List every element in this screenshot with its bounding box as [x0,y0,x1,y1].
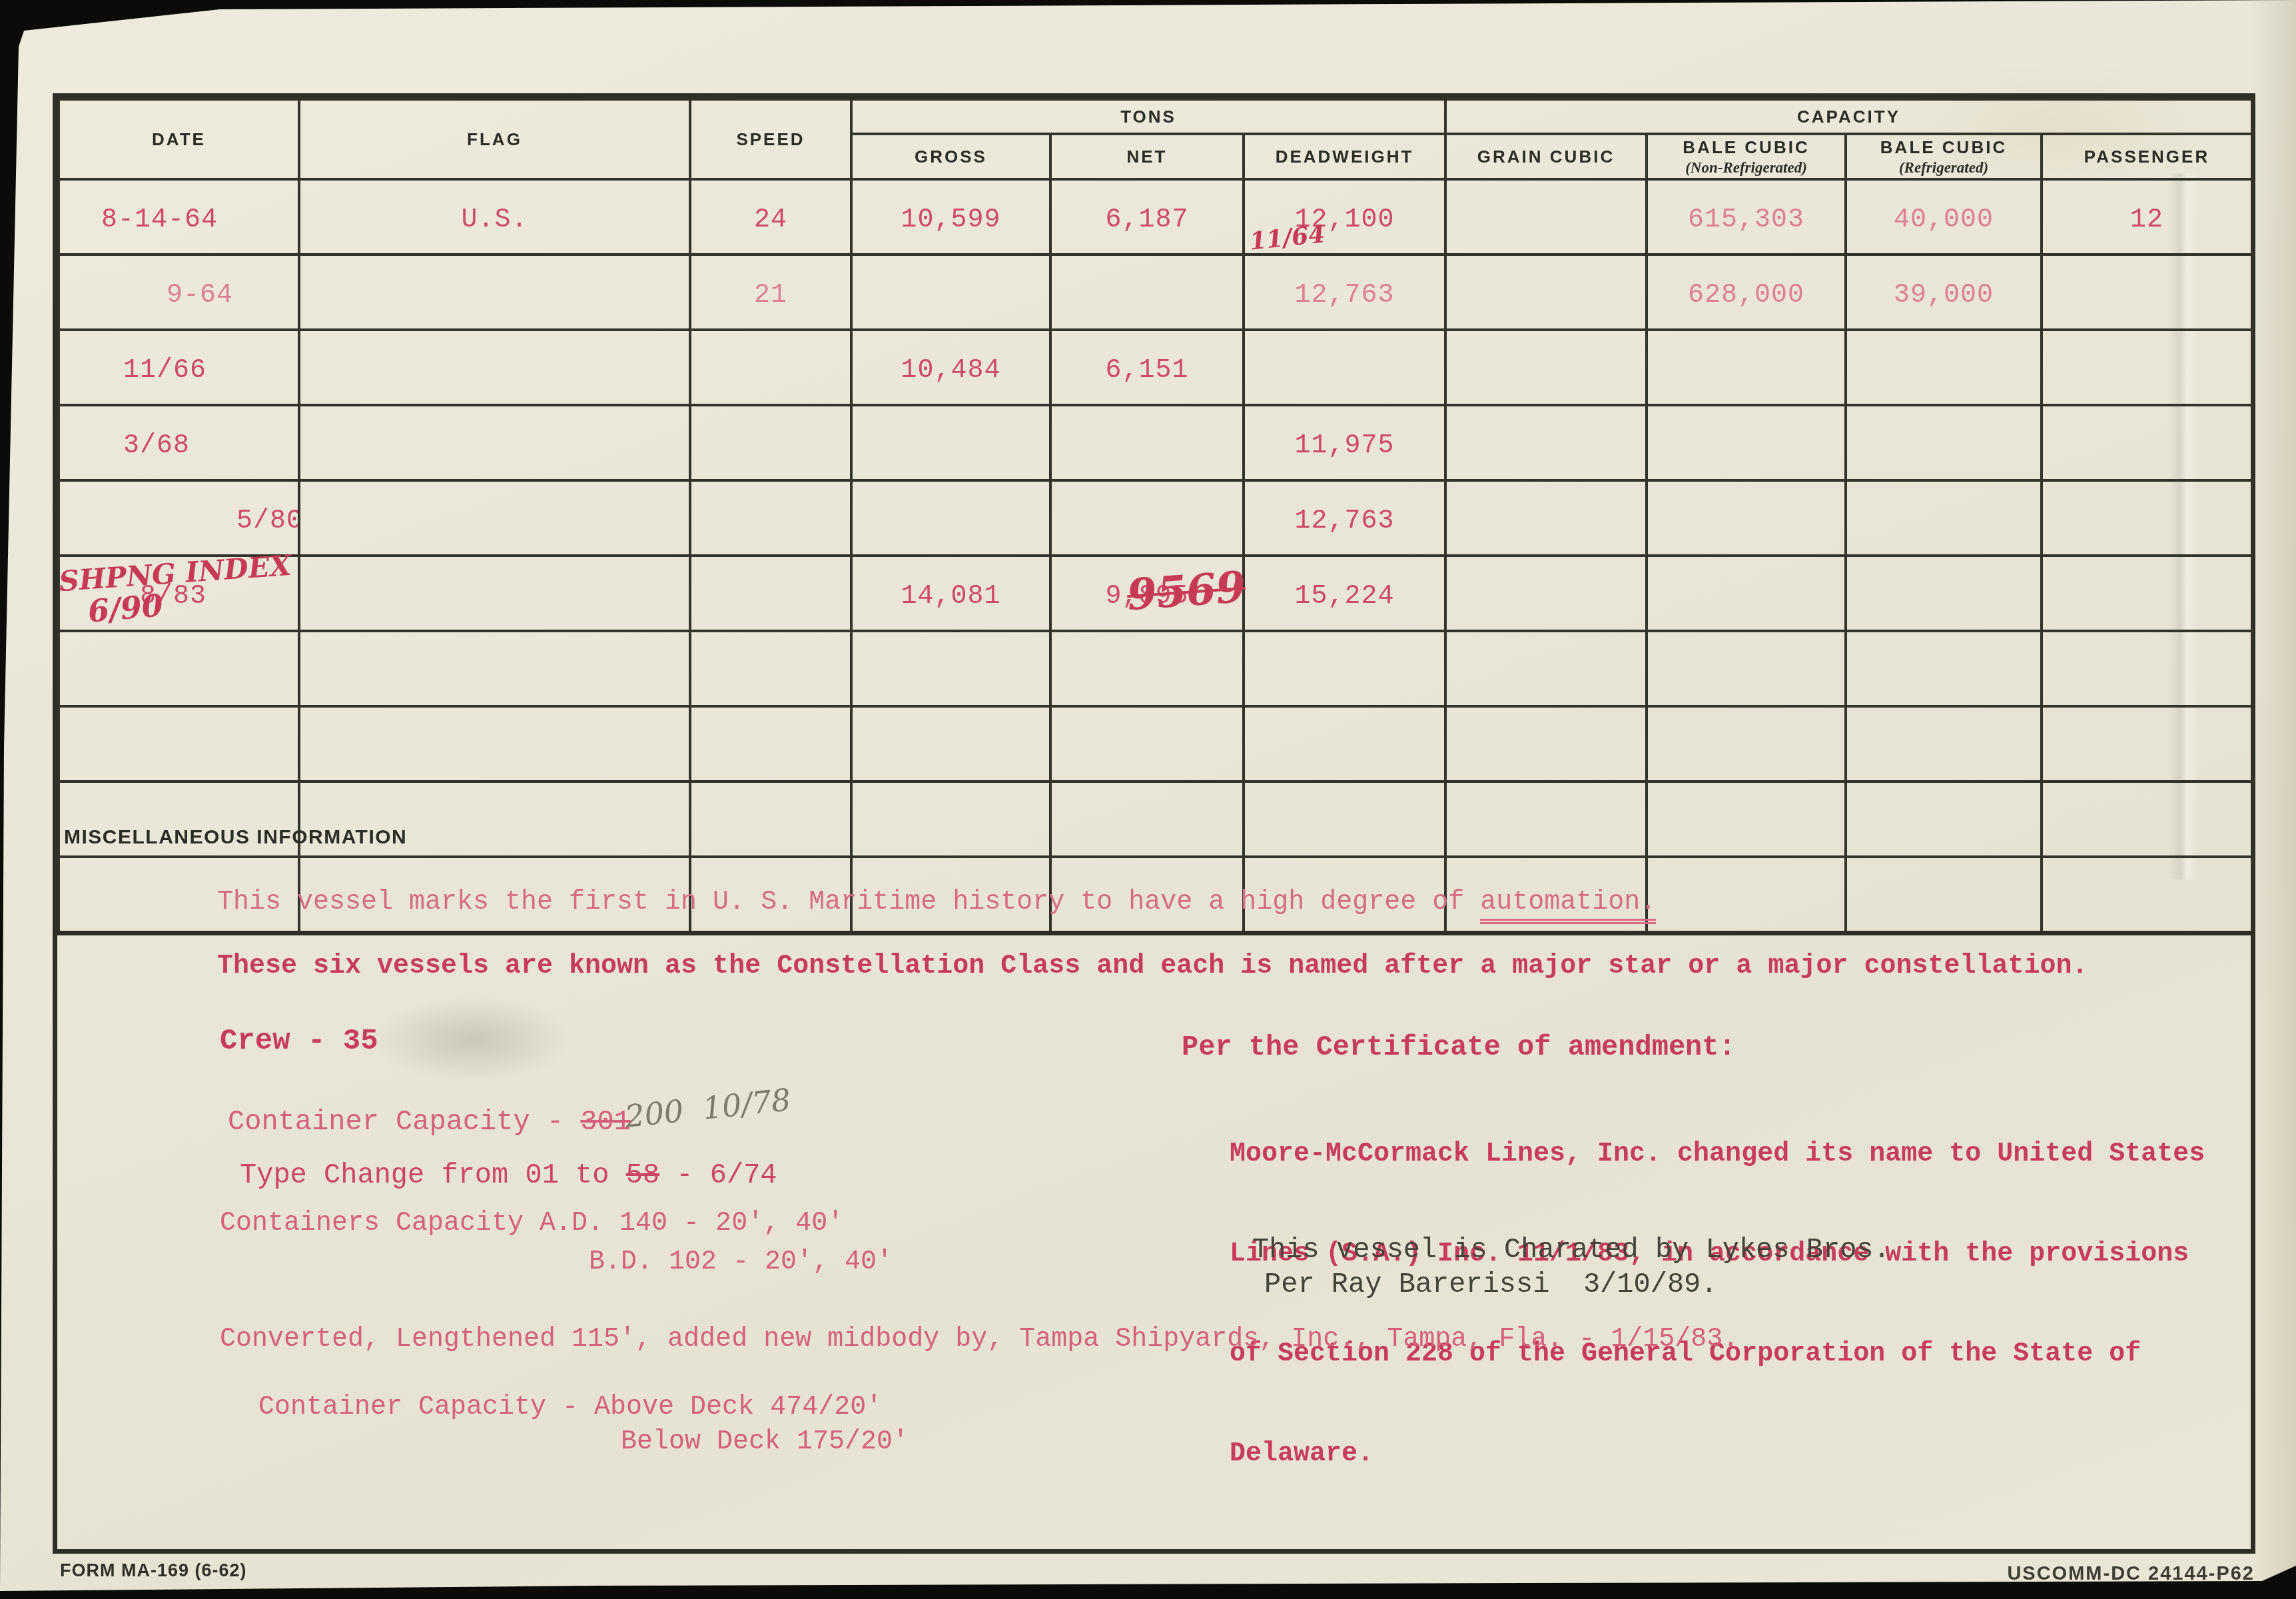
cell-bale-ref [1846,405,2042,480]
cell-speed: 24 [690,179,851,255]
cell-net [1050,405,1244,480]
cell-net [1050,255,1244,330]
cell-bale-ref [1846,330,2042,405]
cell-bale-nonref [1647,405,1846,480]
cell-passenger [2042,330,2252,405]
handwritten-shpng-date: 6/90 [87,587,165,630]
cell-grain-cubic [1445,405,1647,480]
col-header-bale-ref: BALE CUBIC (Refrigerated) [1846,134,2042,179]
misc-line-capacity-above-deck: Container Capacity - Above Deck 474/20' [258,1392,882,1422]
col-header-net: NET [1050,134,1244,179]
cell-grain-cubic [1445,179,1647,255]
cell-grain-cubic [1445,782,1647,857]
charter-note-line2: Per Ray Barerissi 3/10/89. [1264,1269,1718,1301]
cell-bale-nonref [1647,480,1846,556]
cell-deadweight [1244,706,1445,782]
cell-bale-ref [1846,706,2042,782]
bale-nonref-line2: (Non-Refrigerated) [1648,159,1844,177]
type-change-prefix: Type Change from 01 to [240,1159,626,1191]
cell-speed: 21 [690,255,851,330]
cell-date [59,706,299,782]
cell-bale-ref [1846,556,2042,631]
cell-deadweight [1244,631,1445,706]
cell-flag [299,405,690,480]
table-row [59,706,2252,782]
misc-line-container-capacity: Container Capacity - 301 [228,1106,631,1138]
handwritten-net-value: 9569 [1126,562,1248,620]
cell-speed [690,706,851,782]
cell-gross: 14,081 [851,556,1050,631]
cell-bale-nonref [1647,556,1846,631]
cell-passenger: 12 [2042,179,2252,255]
table-row: 3/6811,975 [59,405,2252,480]
automation-underlined-word: automation. [1480,887,1656,924]
bale-ref-line1: BALE CUBIC [1880,137,2007,157]
cell-net: 6,187 [1050,179,1244,255]
cell-speed [690,405,851,480]
cell-date: 9-64 [59,255,299,330]
misc-section-title: MISCELLANEOUS INFORMATION [64,826,407,849]
cell-bale-nonref [1647,857,1846,933]
cell-net [1050,480,1244,556]
col-header-bale-nonref: BALE CUBIC (Non-Refrigerated) [1647,134,1846,179]
cell-net [1050,782,1244,857]
cell-flag [299,480,690,556]
cell-passenger [2042,480,2252,556]
cell-bale-nonref [1647,782,1846,857]
cell-deadweight: 11,975 [1244,405,1445,480]
form-number: FORM MA-169 (6-62) [60,1560,247,1581]
cell-passenger [2042,556,2252,631]
type-change-suffix: - 6/74 [659,1159,777,1191]
cell-gross [851,405,1050,480]
cell-speed [690,631,851,706]
cell-date: 11/66 [59,330,299,405]
table-row: 8-14-64U.S.2410,5996,18712,100615,30340,… [59,179,2252,255]
cell-deadweight [1244,330,1445,405]
cell-date: 8-14-64 [59,179,299,255]
cell-grain-cubic [1445,330,1647,405]
cell-deadweight: 12,763 [1244,480,1445,556]
col-header-passenger: PASSENGER [2042,134,2252,179]
misc-line-constellation-class: These six vessels are known as the Const… [217,951,2088,981]
cell-bale-ref [1846,631,2042,706]
cell-bale-ref: 40,000 [1846,179,2042,255]
col-header-grain-cubic: GRAIN CUBIC [1445,134,1647,179]
col-header-speed: SPEED [690,99,851,179]
misc-line-converted: Converted, Lengthened 115', added new mi… [220,1325,1738,1354]
cell-date [59,631,299,706]
cell-flag [299,556,690,631]
bale-ref-line2: (Refrigerated) [1847,159,2040,177]
cell-grain-cubic [1445,255,1647,330]
paper-sheet: DATE FLAG SPEED TONS CAPACITY GROSS NET … [0,0,2296,1599]
cell-gross [851,782,1050,857]
misc-line-automation: This vessel marks the first in U. S. Mar… [217,887,1656,917]
cell-net [1050,631,1244,706]
misc-line-capacity-below-deck: Below Deck 175/20' [621,1427,909,1457]
group-header-capacity: CAPACITY [1445,99,2252,134]
cell-speed [690,480,851,556]
cell-passenger [2042,857,2252,933]
cell-bale-ref: 39,000 [1846,255,2042,330]
col-header-date: DATE [59,99,299,179]
misc-line-crew: Crew - 35 [220,1025,378,1058]
table-header-group-row: DATE FLAG SPEED TONS CAPACITY [59,99,2252,134]
cell-net [1050,706,1244,782]
cell-date: 3/68 [59,405,299,480]
vessel-record-table: DATE FLAG SPEED TONS CAPACITY GROSS NET … [57,98,2253,935]
col-header-deadweight: DEADWEIGHT [1244,134,1445,179]
cell-grain-cubic [1445,480,1647,556]
cell-net: 6,151 [1050,330,1244,405]
cell-speed [690,556,851,631]
cell-gross [851,255,1050,330]
misc-line-type-change: Type Change from 01 to 58 - 6/74 [240,1159,777,1191]
charter-note-line1: This vessel is Charated by Lykes Bros. [1252,1234,1890,1266]
cell-gross [851,480,1050,556]
paper-edge-shadow [2249,0,2296,1599]
certificate-amendment-body: Moore-McCormack Lines, Inc. changed its … [1230,1071,2205,1538]
certificate-line: Moore-McCormack Lines, Inc. changed its … [1230,1138,2205,1171]
cell-flag [299,631,690,706]
table-body: 8-14-64U.S.2410,5996,18712,100615,30340,… [59,179,2252,933]
cell-speed [690,330,851,405]
cell-grain-cubic [1445,631,1647,706]
cell-flag: U.S. [299,179,690,255]
cell-bale-nonref: 628,000 [1647,255,1846,330]
col-header-gross: GROSS [851,134,1050,179]
automation-line-prefix: This vessel marks the first in U. S. Mar… [217,887,1480,917]
cell-deadweight [1244,782,1445,857]
cell-deadweight: 12,763 [1244,255,1445,330]
cell-passenger [2042,782,2252,857]
cell-passenger [2042,631,2252,706]
table-row: 9-642112,763628,00039,000 [59,255,2252,330]
cell-gross [851,706,1050,782]
cell-flag [299,330,690,405]
cell-passenger [2042,405,2252,480]
misc-line-containers-above-deck: Containers Capacity A.D. 140 - 20', 40' [220,1209,843,1239]
cell-gross: 10,484 [851,330,1050,405]
group-header-tons: TONS [851,99,1445,134]
misc-line-containers-below-deck: B.D. 102 - 20', 40' [589,1247,893,1277]
table-row: 11/6610,4846,151 [59,330,2252,405]
container-capacity-label: Container Capacity - [228,1106,580,1138]
type-change-old-value: 58 [626,1159,659,1191]
certificate-amendment-title: Per the Certificate of amendment: [1182,1031,1736,1063]
cell-grain-cubic [1445,556,1647,631]
cell-bale-nonref [1647,330,1846,405]
cell-passenger [2042,255,2252,330]
cell-deadweight: 15,224 [1244,556,1445,631]
bale-nonref-line1: BALE CUBIC [1683,137,1809,157]
cell-bale-ref [1846,857,2042,933]
cell-passenger [2042,706,2252,782]
cell-gross: 10,599 [851,179,1050,255]
table-row: 5/8012,763 [59,480,2252,556]
container-capacity-old-value: 301 [580,1106,631,1138]
cell-gross [851,631,1050,706]
cell-flag [299,706,690,782]
cell-flag [299,255,690,330]
cell-speed [690,782,851,857]
col-header-flag: FLAG [299,99,690,179]
cell-bale-nonref [1647,631,1846,706]
uscomm-print-code: USCOMM-DC 24144-P62 [2007,1563,2255,1585]
cell-bale-nonref [1647,706,1846,782]
certificate-line: Delaware. [1230,1438,2205,1471]
cell-bale-ref [1846,782,2042,857]
cell-bale-nonref: 615,303 [1647,179,1846,255]
cell-grain-cubic [1445,706,1647,782]
cell-date: 5/80 [59,480,299,556]
scanned-document: DATE FLAG SPEED TONS CAPACITY GROSS NET … [0,0,2296,1599]
cell-bale-ref [1846,480,2042,556]
table-row [59,631,2252,706]
